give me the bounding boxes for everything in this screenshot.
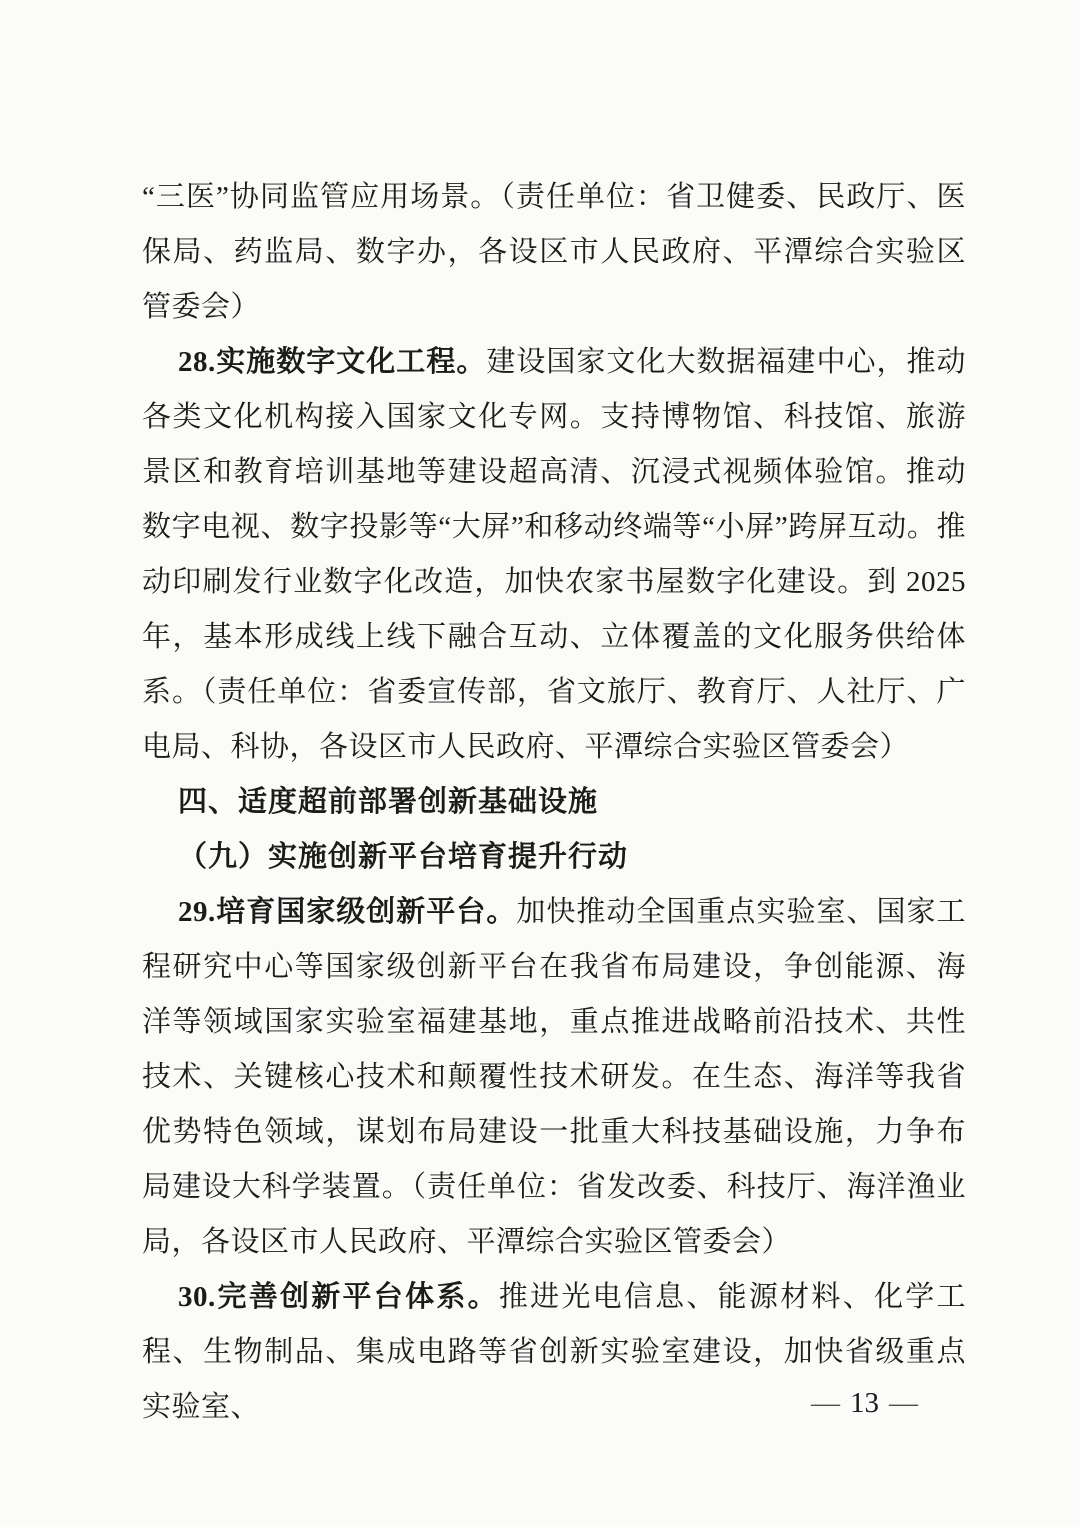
paragraph-text: “三医”协同监管应用场景。（责任单位：省卫健委、民政厅、医保局、药监局、数字办，… [142,181,966,323]
page-number: 13 [850,1387,879,1419]
paragraph-continuation-27: “三医”协同监管应用场景。（责任单位：省卫健委、民政厅、医保局、药监局、数字办，… [142,170,966,335]
paragraph-text: 加快推动全国重点实验室、国家工程研究中心等国家级创新平台在我省布局建设，争创能源… [142,896,966,1258]
footer-right-dash: — [879,1387,928,1419]
page-number-footer: —13— [801,1386,928,1420]
paragraph-29: 29.培育国家级创新平台。加快推动全国重点实验室、国家工程研究中心等国家级创新平… [142,885,966,1270]
paragraph-text: 建设国家文化大数据福建中心，推动各类文化机构接入国家文化专网。支持博物馆、科技馆… [142,346,966,763]
footer-left-dash: — [801,1387,850,1419]
document-page: “三医”协同监管应用场景。（责任单位：省卫健委、民政厅、医保局、药监局、数字办，… [0,0,1080,1527]
section-heading-4: 四、适度超前部署创新基础设施 [142,775,966,830]
paragraph-lead-bold: 29.培育国家级创新平台。 [178,896,516,928]
paragraph-lead-bold: 30.完善创新平台体系。 [178,1281,499,1313]
paragraph-lead-bold: 28.实施数字文化工程。 [178,346,486,378]
document-body: “三医”协同监管应用场景。（责任单位：省卫健委、民政厅、医保局、药监局、数字办，… [142,170,966,1435]
paragraph-28: 28.实施数字文化工程。建设国家文化大数据福建中心，推动各类文化机构接入国家文化… [142,335,966,775]
subsection-heading-text: （九）实施创新平台培育提升行动 [178,841,628,873]
subsection-heading-9: （九）实施创新平台培育提升行动 [142,830,966,885]
section-heading-text: 四、适度超前部署创新基础设施 [178,786,598,818]
